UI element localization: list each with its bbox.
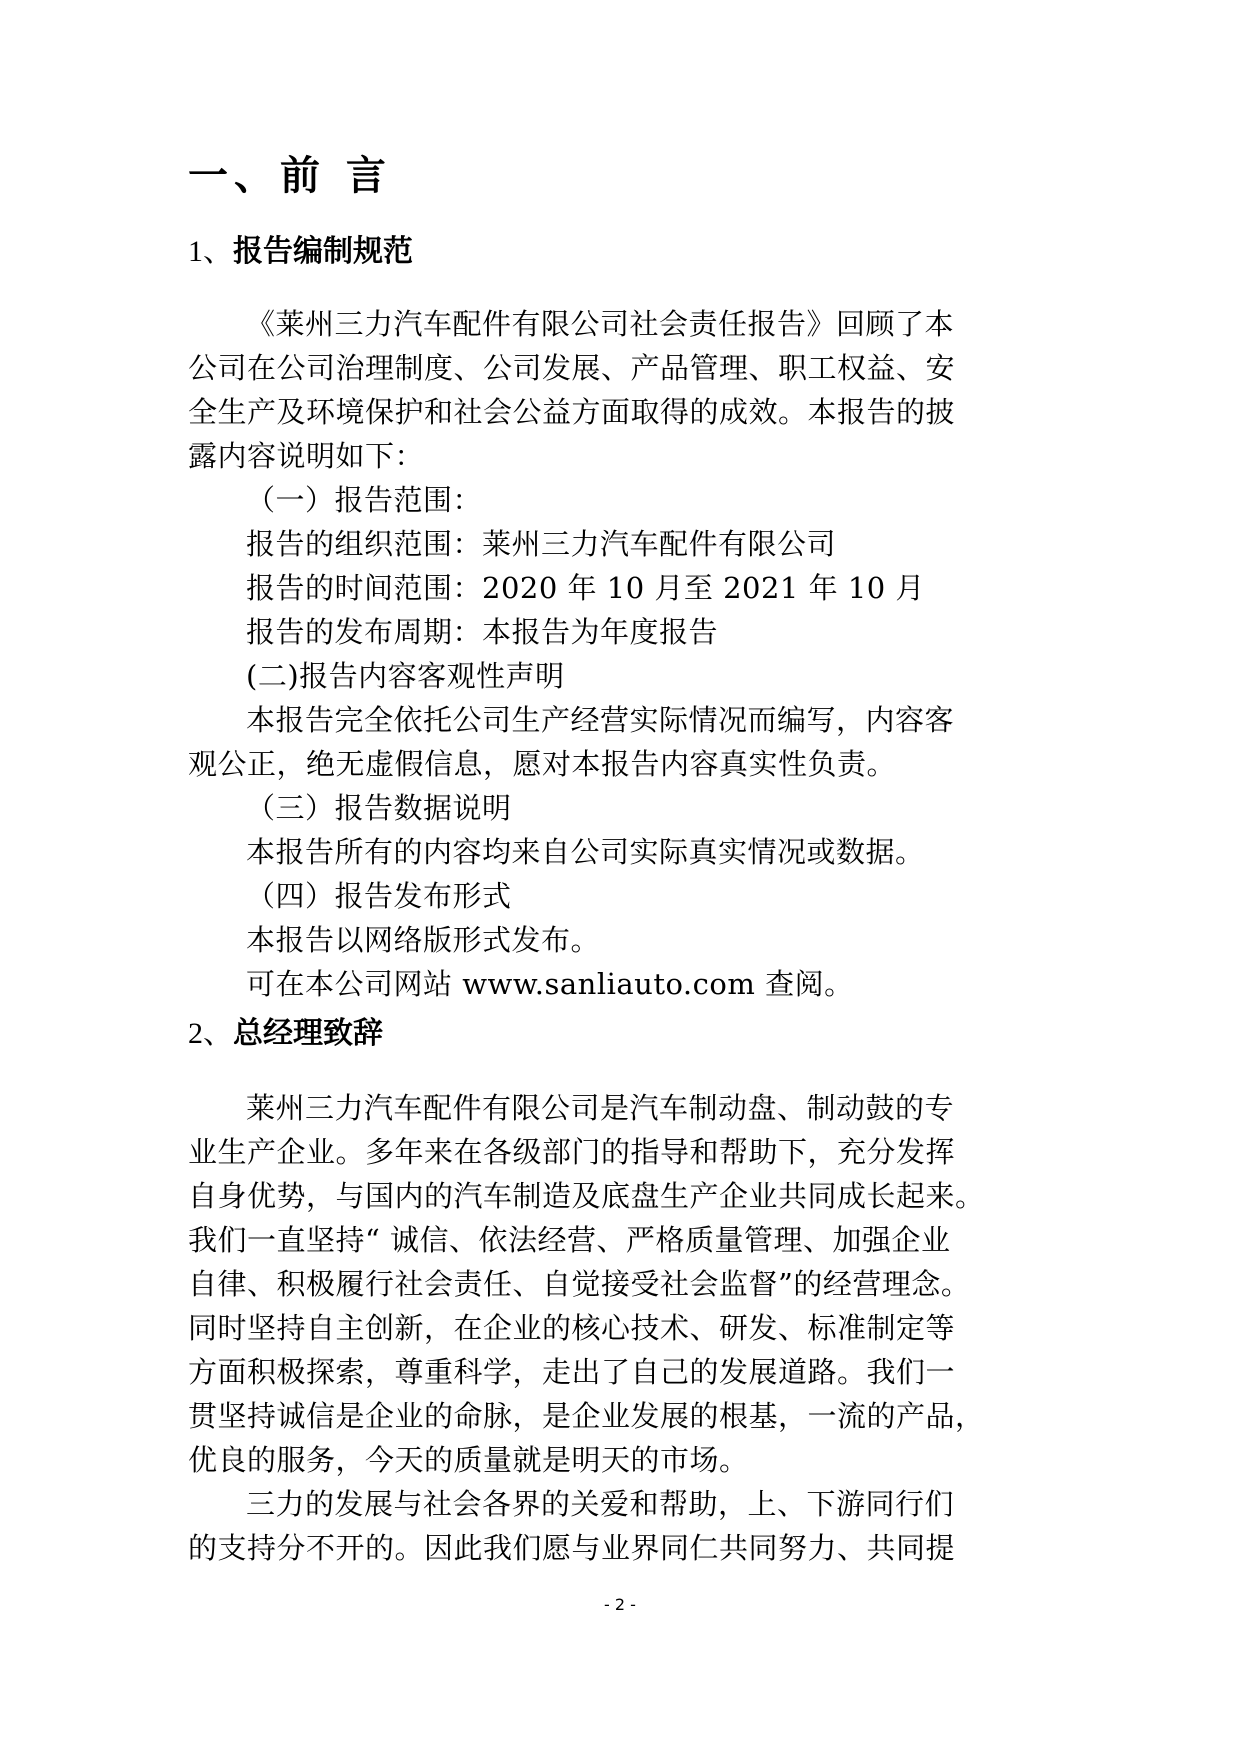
heading-text: 总经理致辞	[233, 1016, 383, 1051]
text-line: 报告的发布周期：本报告为年度报告	[188, 610, 1058, 654]
text-line: 业生产企业。多年来在各级部门的指导和帮助下，充分发挥	[188, 1130, 1058, 1174]
text-line: （三）报告数据说明	[188, 786, 1058, 830]
text-line: 报告的组织范围：莱州三力汽车配件有限公司	[188, 522, 1058, 566]
section-title: 一、前 言	[188, 150, 392, 202]
text-line: 露内容说明如下：	[188, 434, 1058, 478]
text-line: 自身优势，与国内的汽车制造及底盘生产企业共同成长起来。	[188, 1174, 1058, 1218]
text-line: 报告的时间范围：2020 年 10 月至 2021 年 10 月	[188, 566, 1058, 610]
text-line: 本报告完全依托公司生产经营实际情况而编写，内容客	[188, 698, 1058, 742]
text-line: 优良的服务，今天的质量就是明天的市场。	[188, 1438, 1058, 1482]
heading-number: 2、	[188, 1017, 233, 1050]
text-line: 可在本公司网站 www.sanliauto.com 查阅。	[188, 962, 1058, 1006]
text-line: 方面积极探索，尊重科学，走出了自己的发展道路。我们一	[188, 1350, 1058, 1394]
text-line: 自律、积极履行社会责任、自觉接受社会监督”的经营理念。	[188, 1262, 1058, 1306]
text-line: （四）报告发布形式	[188, 874, 1058, 918]
text-line: 的支持分不开的。因此我们愿与业界同仁共同努力、共同提	[188, 1526, 1058, 1570]
text-line: 本报告以网络版形式发布。	[188, 918, 1058, 962]
gm-address-body: 莱州三力汽车配件有限公司是汽车制动盘、制动鼓的专业生产企业。多年来在各级部门的指…	[188, 1086, 1058, 1570]
heading-report-standards: 1、报告编制规范	[188, 230, 413, 274]
document-page: 一、前 言 1、报告编制规范 《莱州三力汽车配件有限公司社会责任报告》回顾了本公…	[0, 0, 1240, 1754]
heading-number: 1、	[188, 235, 233, 268]
text-line: 三力的发展与社会各界的关爱和帮助，上、下游同行们	[188, 1482, 1058, 1526]
text-line: 同时坚持自主创新，在企业的核心技术、研发、标准制定等	[188, 1306, 1058, 1350]
text-line: 观公正，绝无虚假信息，愿对本报告内容真实性负责。	[188, 742, 1058, 786]
text-line: 全生产及环境保护和社会公益方面取得的成效。本报告的披	[188, 390, 1058, 434]
report-standards-body: 《莱州三力汽车配件有限公司社会责任报告》回顾了本公司在公司治理制度、公司发展、产…	[188, 302, 1058, 1006]
heading-text: 报告编制规范	[233, 234, 413, 269]
text-line: 本报告所有的内容均来自公司实际真实情况或数据。	[188, 830, 1058, 874]
text-line: 《莱州三力汽车配件有限公司社会责任报告》回顾了本	[188, 302, 1058, 346]
text-line: 我们一直坚持“ 诚信、依法经营、严格质量管理、加强企业	[188, 1218, 1058, 1262]
text-line: （一）报告范围：	[188, 478, 1058, 522]
text-line: (二)报告内容客观性声明	[188, 654, 1058, 698]
text-line: 公司在公司治理制度、公司发展、产品管理、职工权益、安	[188, 346, 1058, 390]
page-number: - 2 -	[0, 1595, 1240, 1614]
heading-gm-address: 2、总经理致辞	[188, 1012, 383, 1056]
text-line: 贯坚持诚信是企业的命脉，是企业发展的根基，一流的产品，	[188, 1394, 1058, 1438]
text-line: 莱州三力汽车配件有限公司是汽车制动盘、制动鼓的专	[188, 1086, 1058, 1130]
